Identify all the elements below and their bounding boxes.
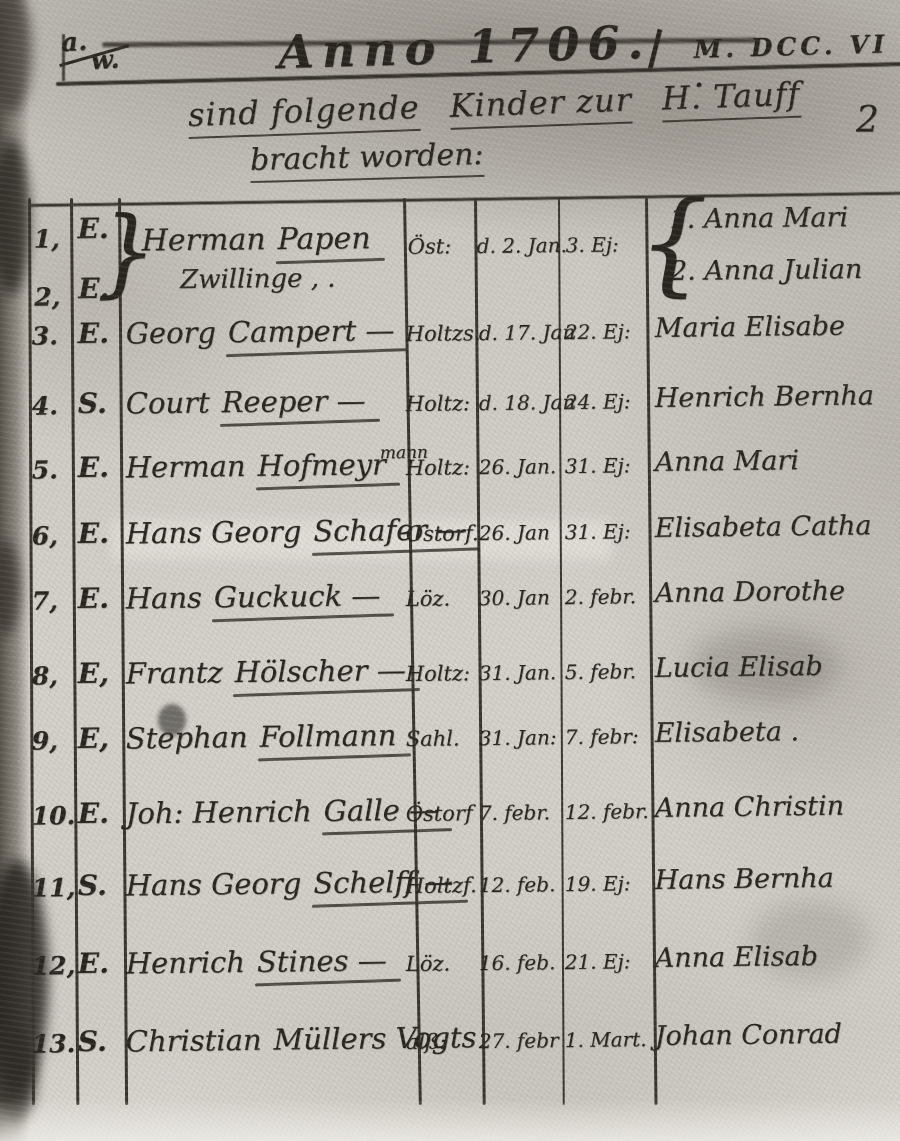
table-row: 12, E. HenrichStines — Löz. 16. feb. 21.… [0,937,900,1020]
godparent-name: Hans Bernha [655,863,834,896]
place: Löz. [406,952,451,977]
row-number: 4. [32,391,58,420]
given-name: Court [126,385,210,420]
row-number: 3. [32,321,58,350]
place: alß: [406,1030,447,1054]
status-letter: E. [78,317,109,350]
surname: Hofmeyr [257,447,386,483]
baptism-date: 3. Ej: [566,233,619,258]
baptism-date: 7. febr: [565,724,639,749]
table-row: 9, E, StephanFollmann Sahl. 31. Jan: 7. … [0,712,900,795]
given-name: Frantz [126,655,223,690]
birth-date: 7. febr. [479,800,550,825]
surname: Hölscher — [234,653,405,689]
status-letter: E. [78,947,109,980]
table-row: 13. S. ChristianMüllers Vogts alß: 27. f… [0,1015,900,1098]
godparent-name: Anna Mari [655,445,800,478]
birth-date: d. 2. Jan. [477,233,567,258]
child-name: HermanHofmeyrmann [126,447,429,485]
child-name: HermanPapen [141,221,370,258]
row-number: 11, [32,873,76,903]
baptism-date: 5. febr. [565,659,636,684]
table-row: 3. E. GeorgCampert — Holtzs. d. 17. Jan … [0,307,900,390]
birth-date: 31. Jan: [479,725,557,750]
table-row: 7, E. HansGuckuck — Löz. 30. Jan 2. febr… [0,572,900,655]
godparent-name: Anna Christin [655,791,845,824]
baptism-date: 22. Ej: [565,319,631,344]
status-letter: S. [78,869,107,902]
surname: Follmann [259,718,396,754]
baptism-date: 31. Ej: [565,453,631,478]
child-name: StephanFollmann [126,718,397,755]
birth-date: 26. Jan [479,520,550,545]
given-name: Georg [126,315,217,350]
given-name: Hans Georg [126,866,302,902]
row-number: 6, [32,521,58,550]
given-name: Stephan [126,720,248,755]
place: Holtz: [406,391,471,416]
place: Öst: [408,234,452,258]
given-name: Herman [126,449,246,484]
birth-date: 12. feb. [479,872,556,897]
row-number: 8, [32,661,58,690]
birth-date: d. 17. Jan [479,320,576,345]
birth-date: 31. Jan. [479,660,557,685]
surname: Papen [277,221,370,257]
table-row: 10. E. Joh: HenrichGalle — Östorf 7. feb… [0,787,900,870]
row-number: 5. [32,455,58,484]
birth-date: 30. Jan [479,585,550,610]
given-name: Hans Georg [126,514,302,550]
baptism-date: 2. febr. [565,584,636,609]
status-letter: E, [78,722,109,755]
godparent-name: Lucia Elisab [655,651,823,684]
row-number: 13. [32,1029,76,1059]
subheader-word-group: H. Tauff [661,75,801,123]
margin-mark-top: a. [60,27,88,59]
margin-mark: a. w. [60,24,134,85]
godparent-name: Maria Elisabe [655,311,846,344]
row-number: 9, [32,726,58,755]
place: Holtz: [406,661,471,686]
child-name: FrantzHölscher — [126,653,406,690]
child-name: Hans GeorgSchelff — [126,864,454,902]
place: Löz. [406,587,451,612]
baptism-date: 12. febr. [565,799,649,824]
godparent-name: Anna Dorothe [655,576,846,609]
surname: Campert — [228,313,395,349]
margin-mark-bottom: w. [89,44,120,76]
table-row: 11, S. Hans GeorgSchelff — Holtzf. 12. f… [0,859,900,942]
status-letter: E, [78,657,109,690]
subheader-word-group: Kinder zur [449,81,633,130]
place: Ostorf. [406,521,479,546]
godparent-name: 2. Anna Julian [670,254,863,287]
place: Östorf [406,801,473,826]
birth-date: 16. feb. [479,950,556,975]
surname: Reeper — [221,384,365,420]
baptism-date: 24. Ej: [565,389,631,414]
status-letter: S. [78,1025,107,1058]
row-number: 1, [33,224,59,253]
given-name: Christian [126,1023,262,1059]
baptism-date: 31. Ej: [565,519,631,544]
status-letter: S. [78,387,107,420]
row-number: 10. [32,801,76,831]
child-name: HansGuckuck — [126,578,381,615]
baptism-date: 1. Mart. [565,1027,647,1052]
godparents-brace: { [637,178,710,309]
given-name: Joh: Henrich [126,794,312,830]
child-name: Joh: HenrichGalle — [126,793,439,831]
child-name: HenrichStines — [126,943,387,980]
birth-date: 27. febr [479,1028,559,1053]
place: Holtz: [406,455,471,480]
status-letter: E. [78,797,109,830]
godparent-name: Elisabeta . [655,716,800,749]
godparent-name: Johan Conrad [655,1019,843,1052]
manuscript-page: a. w. Anno 1706. | M. DCC. VI . sind fol… [0,0,900,1141]
godparent-name: Elisabeta Catha [655,510,872,544]
given-name: Hans [126,581,203,616]
child-name: GeorgCampert — [126,313,395,350]
page-bottom-edge [0,1099,900,1141]
status-letter: E. [78,517,109,550]
status-letter: E. [78,582,109,615]
place: Sahl. [406,726,460,751]
place: Holtzf. [406,873,477,898]
row-number: 7, [32,586,58,615]
subheader-line2: bracht worden: [250,137,485,183]
child-name: CourtReeper — [126,384,366,421]
subheader-line1: sind folgendeKinder zurH. Tauff [187,74,831,134]
subheader-word-group: sind folgende [187,88,420,139]
row-number: 2, [34,282,60,311]
baptism-date: 21. Ej: [565,949,631,974]
godparent-name: Henrich Bernha [655,380,875,414]
place: Holtzs. [406,321,481,346]
twins-note: Zwillinge , . [180,263,336,295]
godparent-name: Anna Elisab [655,941,819,974]
status-letter: E. [78,451,109,484]
given-name: Henrich [126,945,246,980]
subheader-edge-fragment: 2 [856,100,879,141]
row-number: 12, [32,951,76,981]
birth-date: 26. Jan. [479,454,557,479]
given-name: Herman [141,222,265,258]
birth-date: d. 18. Jan [479,390,576,415]
surname: Stines — [257,943,387,979]
godparent-name: 1. Anna Mari [669,202,848,235]
baptism-date: 19. Ej: [565,871,631,896]
surname: Guckuck — [214,578,381,614]
